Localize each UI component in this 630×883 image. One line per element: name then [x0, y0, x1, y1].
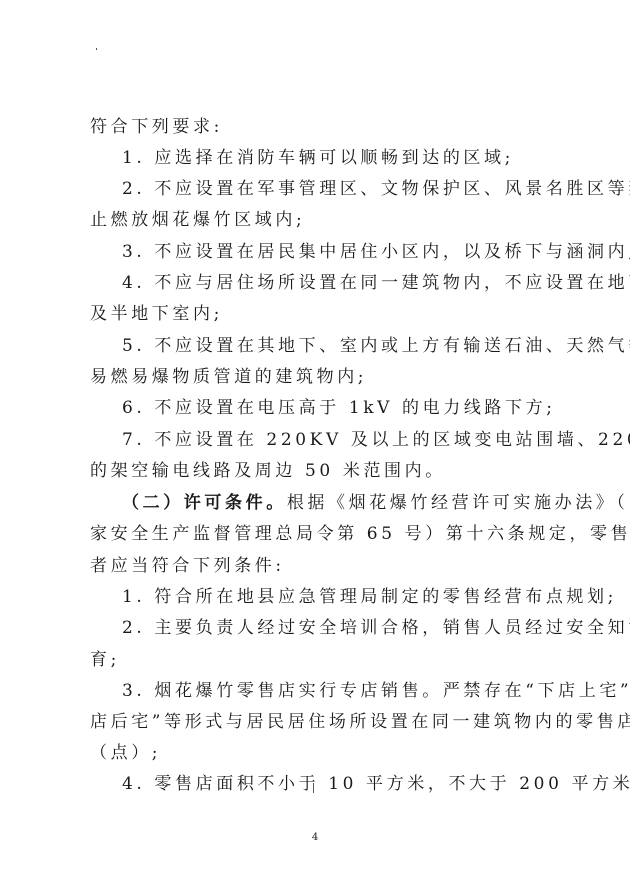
page-number: 4 — [0, 832, 630, 843]
list-item-3: 3. 不应设置在居民集中居住小区内，以及桥下与涵洞内; — [122, 236, 564, 268]
condition-item-3-cont: 店后宅”等形式与居民居住场所设置在同一建筑物内的零售店 — [90, 706, 564, 738]
text-line: 家安全生产监督管理总局令第 65 号）第十六条规定，零售经营 — [90, 518, 564, 550]
condition-item-4: 4. 零售店面积不小于 10 平方米，不大于 200 平方米，其周 — [122, 768, 564, 800]
scan-artifact — [313, 783, 314, 793]
list-item-4: 4. 不应与居住场所设置在同一建筑物内，不应设置在地下 — [122, 267, 564, 299]
list-item-2-cont: 止燃放烟花爆竹区域内; — [90, 204, 564, 236]
condition-item-1: 1. 符合所在地县应急管理局制定的零售经营布点规划; — [122, 581, 564, 613]
list-item-6: 6. 不应设置在电压高于 1kV 的电力线路下方; — [122, 392, 564, 424]
text-line: 符合下列要求: — [90, 111, 564, 143]
condition-item-2: 2. 主要负责人经过安全培训合格，销售人员经过安全知识教 — [122, 612, 564, 644]
list-item-7: 7. 不应设置在 220KV 及以上的区域变电站围墙、220KV 以上 — [122, 424, 564, 456]
section-heading: （二）许可条件。根据《烟花爆竹经营许可实施办法》（国 — [122, 487, 564, 519]
section-heading-bold: （二）许可条件。 — [122, 493, 287, 513]
condition-item-3: 3. 烟花爆竹零售店实行专店销售。严禁存在“下店上宅”“前 — [122, 675, 564, 707]
list-item-5-cont: 易燃易爆物质管道的建筑物内; — [90, 361, 564, 393]
list-item-4-cont: 及半地下室内; — [90, 298, 564, 330]
text-line: 者应当符合下列条件: — [90, 550, 564, 582]
scan-artifact — [96, 48, 97, 50]
list-item-7-cont: 的架空输电线路及周边 50 米范围内。 — [90, 455, 564, 487]
condition-item-2-cont: 育; — [90, 644, 564, 676]
document-page: 符合下列要求: 1. 应选择在消防车辆可以顺畅到达的区域; 2. 不应设置在军事… — [0, 0, 630, 883]
condition-item-3-cont2: （点）; — [90, 737, 564, 769]
list-item-1: 1. 应选择在消防车辆可以顺畅到达的区域; — [122, 142, 564, 174]
list-item-5: 5. 不应设置在其地下、室内或上方有输送石油、天然气等 — [122, 330, 564, 362]
list-item-2: 2. 不应设置在军事管理区、文物保护区、风景名胜区等禁 — [122, 173, 564, 205]
section-heading-rest: 根据《烟花爆竹经营许可实施办法》（国 — [287, 493, 630, 513]
